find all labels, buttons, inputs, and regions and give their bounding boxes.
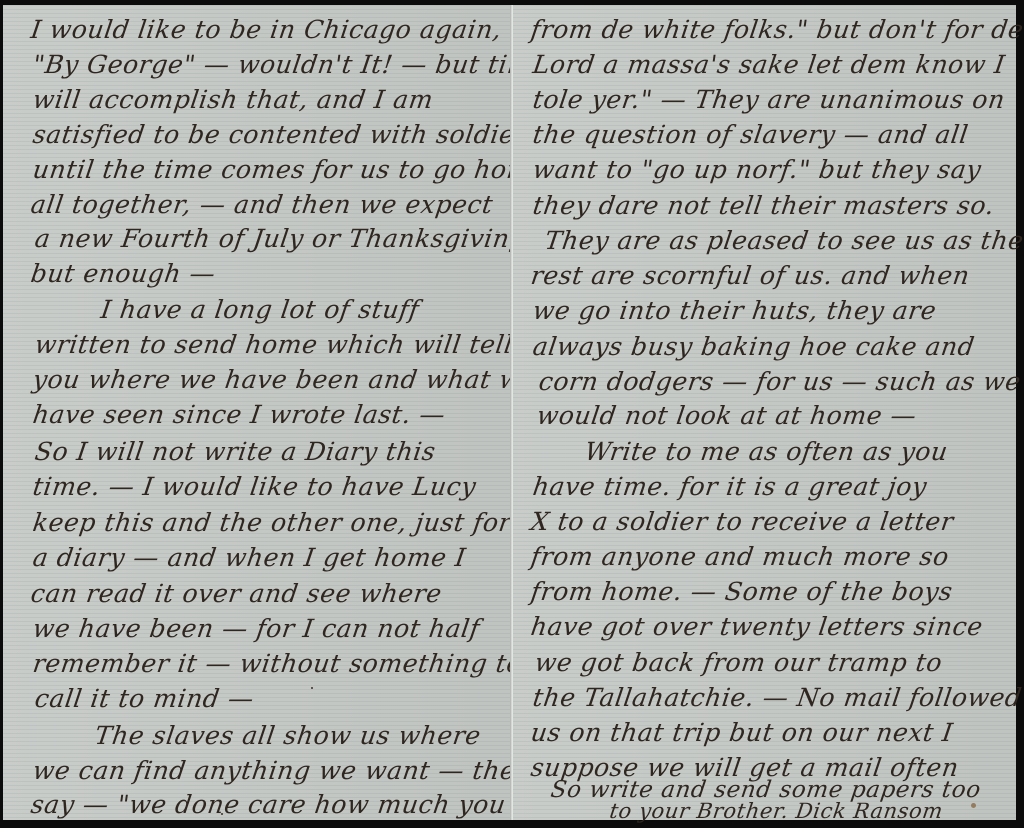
handwritten-line: always busy baking hoe cake and <box>531 332 977 361</box>
handwritten-line: from home. — Some of the boys <box>529 577 955 606</box>
handwritten-line: "By George" — wouldn't It! — but time <box>31 50 549 79</box>
handwritten-line: can read it over and see where <box>29 579 444 608</box>
handwritten-line: want to "go up norf." but they say <box>531 155 983 184</box>
handwritten-line: you where we have been and what we <box>31 365 539 394</box>
handwritten-line: from anyone and much more so <box>529 542 951 571</box>
handwritten-line: rest are scornful of us. and when <box>529 261 972 290</box>
handwritten-line: we got back from our tramp to <box>533 648 944 677</box>
handwritten-line: say — "we done care how much you take <box>29 790 574 819</box>
handwritten-line: a new Fourth of July or Thanksgiving <box>33 224 528 253</box>
handwritten-line: we can find anything we want — they <box>31 756 532 785</box>
handwritten-line: satisfied to be contented with soldierin… <box>31 120 571 149</box>
handwritten-line: have seen since I wrote last. — <box>31 400 447 429</box>
handwritten-line: us on that trip but on our next I <box>529 718 955 747</box>
handwritten-line: written to send home which will tell <box>33 330 515 359</box>
handwritten-line: keep this and the other one, just for <box>31 508 513 537</box>
handwritten-line: the question of slavery — and all <box>531 120 970 149</box>
letter-sheet: I would like to be in Chicago again, "By… <box>3 5 1016 820</box>
handwritten-line: they dare not tell their masters so. <box>531 191 996 220</box>
handwritten-line: all together, — and then we expect <box>29 190 495 219</box>
handwritten-line: I have a long lot of stuff <box>99 295 421 324</box>
handwritten-line: but enough — <box>29 259 217 288</box>
handwritten-line: we have been — for I can not half <box>31 614 482 643</box>
handwritten-line: Write to me as often as you <box>583 437 950 466</box>
handwritten-line: from de white folks." but don't for de <box>529 15 1024 44</box>
right-page: from de white folks." but don't for de L… <box>512 5 1016 820</box>
handwritten-line: So I will not write a Diary this <box>33 437 438 466</box>
handwritten-line: time. — I would like to have Lucy <box>31 472 478 501</box>
handwritten-line: They are as pleased to see us as the <box>543 226 1024 255</box>
handwritten-line: corn dodgers — for us — such as we <box>537 367 1023 396</box>
handwritten-line: have got over twenty letters since <box>529 612 985 641</box>
handwritten-line: Lord a massa's sake let dem know I <box>531 50 1007 79</box>
handwritten-line: we go into their huts, they are <box>531 296 938 325</box>
handwritten-line: call it to mind — <box>33 684 256 713</box>
signature-line: to your Brother. Dick Ransom <box>608 799 945 823</box>
handwritten-line: have time. for it is a great joy <box>531 472 929 501</box>
handwritten-line: I would like to be in Chicago again, <box>29 15 504 44</box>
handwritten-line: the Tallahatchie. — No mail followed <box>531 683 1024 712</box>
handwritten-line: remember it — without something to <box>31 649 524 678</box>
handwritten-line: X to a soldier to receive a letter <box>529 507 956 536</box>
ink-speck <box>311 687 313 689</box>
handwritten-line: The slaves all show us where <box>93 721 483 750</box>
left-page: I would like to be in Chicago again, "By… <box>3 5 511 820</box>
ink-speck <box>221 813 223 815</box>
handwritten-line: a diary — and when I get home I <box>31 543 468 572</box>
handwritten-line: until the time comes for us to go home <box>31 155 549 184</box>
handwritten-line: tole yer." — They are unanimous on <box>531 85 1007 114</box>
handwritten-line: will accomplish that, and I am <box>31 85 435 114</box>
handwritten-line: would not look at at home — <box>535 401 919 430</box>
paper-stain <box>971 803 976 808</box>
